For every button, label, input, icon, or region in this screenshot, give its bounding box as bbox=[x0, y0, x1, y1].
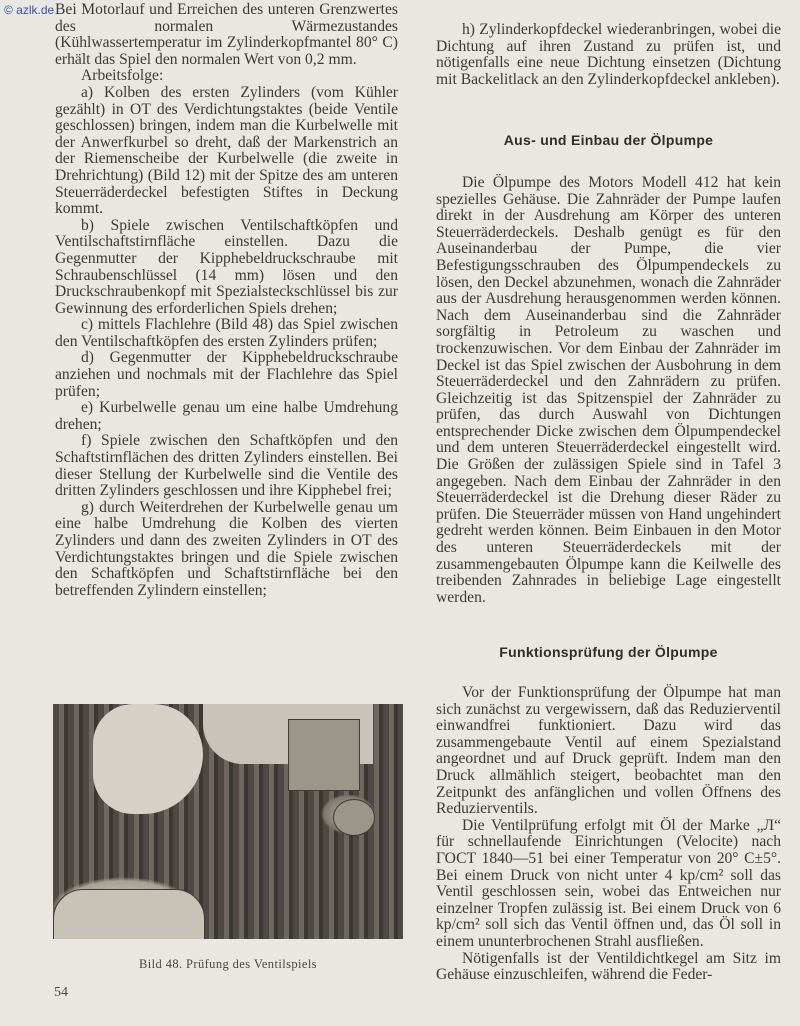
left-text-column: Bei Motorlauf und Erreichen des unteren … bbox=[55, 2, 398, 599]
paragraph-intro: Bei Motorlauf und Erreichen des unteren … bbox=[55, 2, 398, 68]
figure-photo-valve-clearance bbox=[53, 704, 403, 939]
step-e: e) Kurbelwelle genau um eine halbe Umdre… bbox=[55, 400, 398, 433]
paragraph-test-1: Vor der Funktionsprüfung der Ölpumpe hat… bbox=[436, 685, 781, 818]
step-c: c) mittels Flachlehre (Bild 48) das Spie… bbox=[55, 317, 398, 350]
step-f: f) Spiele zwischen den Schaftköpfen und … bbox=[55, 433, 398, 499]
section-heading-oil-pump-removal: Aus- und Einbau der Ölpumpe bbox=[436, 132, 781, 149]
step-b: b) Spiele zwischen Ventilschaftköpfen un… bbox=[55, 218, 398, 318]
right-text-column: h) Zylinderkopfdeckel wiederanbringen, w… bbox=[436, 22, 781, 984]
step-a: a) Kolben des ersten Zylinders (vom Kühl… bbox=[55, 85, 398, 218]
step-d: d) Gegenmutter der Kipphebeldruckschraub… bbox=[55, 350, 398, 400]
paragraph-test-3: Nötigenfalls ist der Ventildichtkegel am… bbox=[436, 951, 781, 984]
paragraph-arbeitsfolge: Arbeitsfolge: bbox=[55, 68, 398, 85]
copyright-watermark: © azlk.de bbox=[4, 3, 54, 17]
page-number: 54 bbox=[54, 985, 68, 1001]
paragraph-test-2: Die Ventilprüfung erfolgt mit Öl der Mar… bbox=[436, 818, 781, 951]
step-h: h) Zylinderkopfdeckel wiederanbringen, w… bbox=[436, 22, 781, 88]
figure-caption: Bild 48. Prüfung des Ventilspiels bbox=[53, 957, 403, 972]
photo-carburetor-shape bbox=[288, 719, 360, 791]
photo-valve-cover-shape bbox=[53, 889, 205, 939]
photo-hand-shape bbox=[93, 704, 203, 814]
section-heading-oil-pump-test: Funktionsprüfung der Ölpumpe bbox=[436, 644, 781, 661]
paragraph-oil-pump-removal: Die Ölpumpe des Motors Modell 412 hat ke… bbox=[436, 175, 781, 606]
photo-distributor-shape bbox=[333, 799, 375, 836]
step-g: g) durch Weiterdrehen der Kurbelwelle ge… bbox=[55, 500, 398, 600]
